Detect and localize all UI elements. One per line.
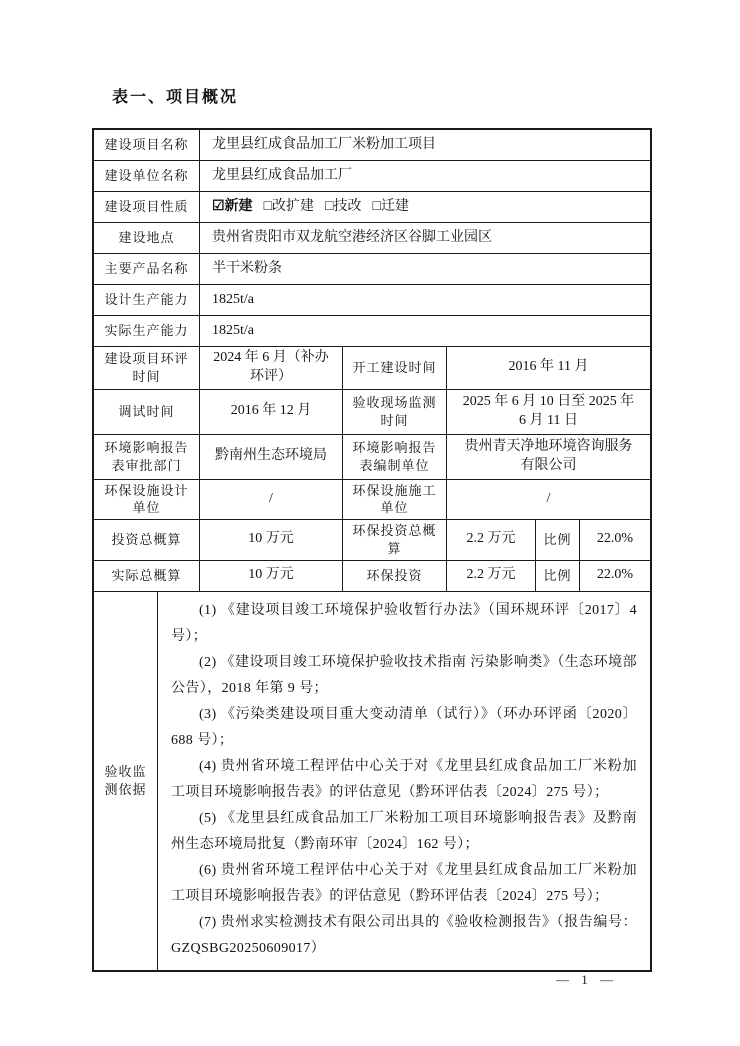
eia-approval-dept-value: 黔南州生态环境局 <box>199 435 342 479</box>
eia-time-label: 建设项目环评 时间 <box>94 347 199 389</box>
checkbox-expansion-unchecked: □改扩建 <box>264 198 314 217</box>
commissioning-time-value: 2016 年 12 月 <box>199 390 342 434</box>
location-label: 建设地点 <box>94 223 199 253</box>
project-nature-options: ☑新建 □改扩建 □技改 □迁建 <box>199 192 650 222</box>
total-budget-label: 投资总概算 <box>94 520 199 560</box>
actual-capacity-label: 实际生产能力 <box>94 316 199 346</box>
env-investment-ratio-value: 22.0% <box>579 561 650 591</box>
start-time-value: 2016 年 11 月 <box>446 347 650 389</box>
eia-compile-unit-label: 环境影响报告 表编制单位 <box>342 435 446 479</box>
checkbox-new-construction-checked: ☑新建 <box>212 198 253 217</box>
basis-item: (2) 《建设项目竣工环境保护验收技术指南 污染影响类》（生态环境部公告），20… <box>171 650 637 702</box>
eia-compile-unit-value: 贵州青天净地环境咨询服务 有限公司 <box>446 435 650 479</box>
env-design-unit-label: 环保设施设计 单位 <box>94 480 199 519</box>
row-env-facility-units: 环保设施设计 单位 / 环保设施施工 单位 / <box>94 479 650 519</box>
row-location: 建设地点 贵州省贵阳市双龙航空港经济区谷脚工业园区 <box>94 222 650 253</box>
basis-item: (6) 贵州省环境工程评估中心关于对《龙里县红成食品加工厂米粉加工项目环境影响报… <box>171 858 637 910</box>
row-project-name: 建设项目名称 龙里县红成食品加工厂米粉加工项目 <box>94 130 650 160</box>
document-page: 表一、项目概况 建设项目名称 龙里县红成食品加工厂米粉加工项目 建设单位名称 龙… <box>0 0 740 1046</box>
main-product-label: 主要产品名称 <box>94 254 199 284</box>
project-nature-label: 建设项目性质 <box>94 192 199 222</box>
env-investment-label: 环保投资 <box>342 561 446 591</box>
env-design-unit-value: / <box>199 480 342 519</box>
row-acceptance-basis: 验收监 测依据 (1) 《建设项目竣工环境保护验收暂行办法》（国环规环评〔201… <box>94 591 650 970</box>
actual-capacity-value: 1825t/a <box>199 316 650 346</box>
start-time-label: 开工建设时间 <box>342 347 446 389</box>
project-name-value: 龙里县红成食品加工厂米粉加工项目 <box>199 130 650 160</box>
basis-item: (4) 贵州省环境工程评估中心关于对《龙里县红成食品加工厂米粉加工项目环境影响报… <box>171 754 637 806</box>
row-eia-and-start-time: 建设项目环评 时间 2024 年 6 月（补办 环评） 开工建设时间 2016 … <box>94 346 650 389</box>
row-design-capacity: 设计生产能力 1825t/a <box>94 284 650 315</box>
env-budget-ratio-label: 比例 <box>535 520 579 560</box>
site-monitoring-time-value: 2025 年 6 月 10 日至 2025 年 6 月 11 日 <box>446 390 650 434</box>
env-construction-unit-value: / <box>446 480 650 519</box>
row-actual-total: 实际总概算 10 万元 环保投资 2.2 万元 比例 22.0% <box>94 560 650 591</box>
basis-item: (5) 《龙里县红成食品加工厂米粉加工项目环境影响报告表》及黔南州生态环境局批复… <box>171 806 637 858</box>
nature-options: ☑新建 □改扩建 □技改 □迁建 <box>212 198 409 217</box>
total-budget-value: 10 万元 <box>199 520 342 560</box>
row-eia-approval-and-compiler: 环境影响报告 表审批部门 黔南州生态环境局 环境影响报告 表编制单位 贵州青天净… <box>94 434 650 479</box>
site-monitoring-time-label: 验收现场监测 时间 <box>342 390 446 434</box>
acceptance-basis-items: (1) 《建设项目竣工环境保护验收暂行办法》（国环规环评〔2017〕4 号）；(… <box>157 592 650 970</box>
basis-item: (3) 《污染类建设项目重大变动清单（试行）》（环办环评函〔2020〕688 号… <box>171 702 637 754</box>
basis-item: (1) 《建设项目竣工环境保护验收暂行办法》（国环规环评〔2017〕4 号）； <box>171 598 637 650</box>
location-value: 贵州省贵阳市双龙航空港经济区谷脚工业园区 <box>199 223 650 253</box>
env-construction-unit-label: 环保设施施工 单位 <box>342 480 446 519</box>
row-project-nature: 建设项目性质 ☑新建 □改扩建 □技改 □迁建 <box>94 191 650 222</box>
main-product-value: 半干米粉条 <box>199 254 650 284</box>
actual-total-label: 实际总概算 <box>94 561 199 591</box>
env-investment-value: 2.2 万元 <box>446 561 535 591</box>
basis-item: (7) 贵州求实检测技术有限公司出具的《验收检测报告》（报告编号：GZQSBG2… <box>171 910 637 962</box>
actual-total-value: 10 万元 <box>199 561 342 591</box>
doc-title: 表一、项目概况 <box>112 84 238 107</box>
eia-approval-dept-label: 环境影响报告 表审批部门 <box>94 435 199 479</box>
commissioning-time-label: 调试时间 <box>94 390 199 434</box>
row-unit-name: 建设单位名称 龙里县红成食品加工厂 <box>94 160 650 191</box>
checkbox-relocation-unchecked: □迁建 <box>373 198 409 217</box>
design-capacity-value: 1825t/a <box>199 285 650 315</box>
unit-name-value: 龙里县红成食品加工厂 <box>199 161 650 191</box>
page-number: — 1 — <box>556 972 613 988</box>
unit-name-label: 建设单位名称 <box>94 161 199 191</box>
env-budget-value: 2.2 万元 <box>446 520 535 560</box>
row-total-budget: 投资总概算 10 万元 环保投资总概 算 2.2 万元 比例 22.0% <box>94 519 650 560</box>
acceptance-basis-label: 验收监 测依据 <box>94 592 157 970</box>
env-investment-ratio-label: 比例 <box>535 561 579 591</box>
project-overview-table: 建设项目名称 龙里县红成食品加工厂米粉加工项目 建设单位名称 龙里县红成食品加工… <box>92 128 652 972</box>
design-capacity-label: 设计生产能力 <box>94 285 199 315</box>
project-name-label: 建设项目名称 <box>94 130 199 160</box>
row-main-product: 主要产品名称 半干米粉条 <box>94 253 650 284</box>
env-budget-label: 环保投资总概 算 <box>342 520 446 560</box>
checkbox-technical-upgrade-unchecked: □技改 <box>325 198 361 217</box>
env-budget-ratio-value: 22.0% <box>579 520 650 560</box>
row-commissioning-and-monitoring: 调试时间 2016 年 12 月 验收现场监测 时间 2025 年 6 月 10… <box>94 389 650 434</box>
row-actual-capacity: 实际生产能力 1825t/a <box>94 315 650 346</box>
eia-time-value: 2024 年 6 月（补办 环评） <box>199 347 342 389</box>
